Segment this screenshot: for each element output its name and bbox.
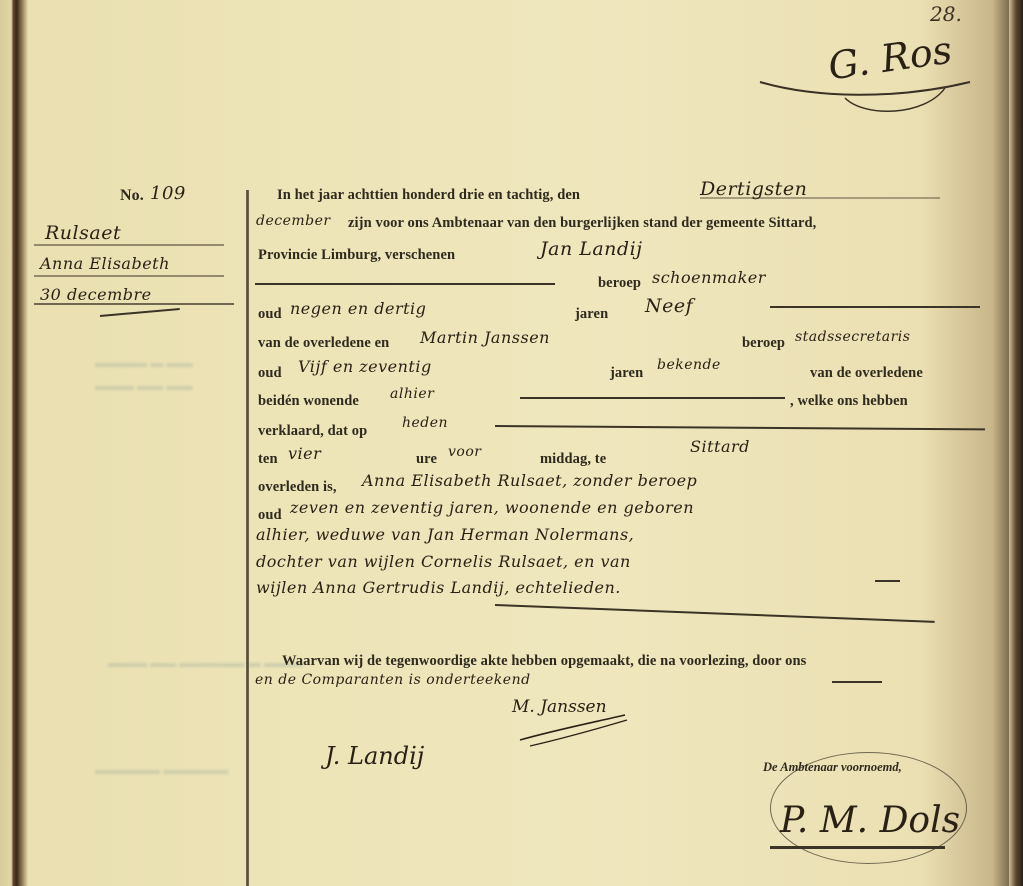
deceased-name: Anna Elisabeth Rulsaet, zonder beroep xyxy=(362,471,697,490)
death-day: heden xyxy=(402,415,448,431)
act-line-8: beidén wonende xyxy=(258,393,359,410)
label-jaren: jaren xyxy=(575,306,608,323)
witness-relation: bekende xyxy=(657,357,721,373)
act-line-6: van de overledene en xyxy=(258,335,389,352)
fill-rule xyxy=(770,306,980,308)
margin-divider xyxy=(246,190,249,886)
margin-given-names: Anna Elisabeth xyxy=(40,254,170,273)
label-beroep-2: beroep xyxy=(742,335,785,352)
deceased-father: dochter van wijlen Cornelis Rulsaet, en … xyxy=(256,552,631,571)
record-number-label: No. xyxy=(120,187,144,205)
closing-rule xyxy=(495,604,935,622)
declarant-occupation: schoenmaker xyxy=(652,268,766,287)
margin-rule xyxy=(34,303,234,305)
deceased-age-residence: zeven en zeventig jaren, woonende en geb… xyxy=(290,498,694,517)
page-number: 28. xyxy=(930,2,962,26)
act-line-9: verklaard, dat op xyxy=(258,423,367,440)
signature-underline xyxy=(770,846,945,849)
signature-official: P. M. Dols xyxy=(780,800,960,841)
margin-flourish xyxy=(100,308,180,316)
death-place: Sittard xyxy=(690,437,750,456)
witness-occupation: stadssecretaris xyxy=(795,329,910,345)
closing-text: Waarvan wij de tegenwoordige akte hebben… xyxy=(282,653,806,670)
bleed-through-text: ▬▬▬▬▬ ▬▬▬▬▬ xyxy=(95,762,228,778)
deceased-mother: wijlen Anna Gertrudis Landij, echteliede… xyxy=(256,578,621,597)
label-ure: ure xyxy=(416,451,437,468)
margin-surname: Rulsaet xyxy=(45,222,121,244)
label-beroep: beroep xyxy=(598,275,641,292)
act-line-10: middag, te xyxy=(540,451,606,468)
bleed-through-text: ▬▬▬ ▬▬ ▬▬▬▬▬ ▬ ▬▬▬ xyxy=(108,655,303,671)
residence: alhier xyxy=(390,386,434,402)
declarant-relation: Neef xyxy=(645,295,693,317)
label-jaren-2: jaren xyxy=(610,365,643,382)
record-number: 109 xyxy=(150,183,186,204)
label-oud-3: oud xyxy=(258,507,282,524)
signature-declarant: J. Landij xyxy=(325,742,424,770)
declarant-name: Jan Landij xyxy=(540,238,643,260)
book-binding-left xyxy=(0,0,28,886)
witness-name: Martin Janssen xyxy=(420,328,550,347)
closing-hand: en de Comparanten is onderteekend xyxy=(255,672,531,688)
act-line-1: In het jaar achttien honderd drie en tac… xyxy=(277,187,580,204)
act-line-8-end: , welke ons hebben xyxy=(790,393,908,410)
signature-flourish-icon xyxy=(755,70,985,120)
act-line-11: overleden is, xyxy=(258,479,337,496)
declarant-age: negen en dertig xyxy=(290,299,426,318)
bleed-through-text: ▬▬▬ ▬▬ ▬▬ xyxy=(95,378,245,394)
fill-rule xyxy=(495,425,985,430)
act-line-7-end: van de overledene xyxy=(810,365,923,382)
label-oud: oud xyxy=(258,306,282,323)
label-ten: ten xyxy=(258,451,278,468)
death-voor: voor xyxy=(448,444,481,460)
bleed-through-text: ▬▬▬▬ ▬ ▬▬ xyxy=(95,355,245,371)
margin-rule xyxy=(34,275,224,277)
fill-rule xyxy=(255,283,555,285)
label-oud-2: oud xyxy=(258,365,282,382)
act-line-2: zijn voor ons Ambtenaar van den burgerli… xyxy=(348,215,816,232)
death-hour: vier xyxy=(288,444,321,463)
margin-date: 30 decembre xyxy=(40,285,152,304)
act-month-hand: december xyxy=(256,213,331,229)
margin-rule xyxy=(34,244,224,246)
fill-rule xyxy=(875,580,900,582)
book-binding-right xyxy=(1009,0,1023,886)
signature-flourish-icon xyxy=(515,710,635,750)
fill-rule xyxy=(832,681,882,683)
fill-rule xyxy=(700,197,940,199)
fill-rule xyxy=(520,397,785,399)
deceased-widow-of: alhier, weduwe van Jan Herman Nolermans, xyxy=(256,525,634,544)
act-line-3: Provincie Limburg, verschenen xyxy=(258,247,455,264)
witness-age: Vijf en zeventig xyxy=(298,357,432,376)
